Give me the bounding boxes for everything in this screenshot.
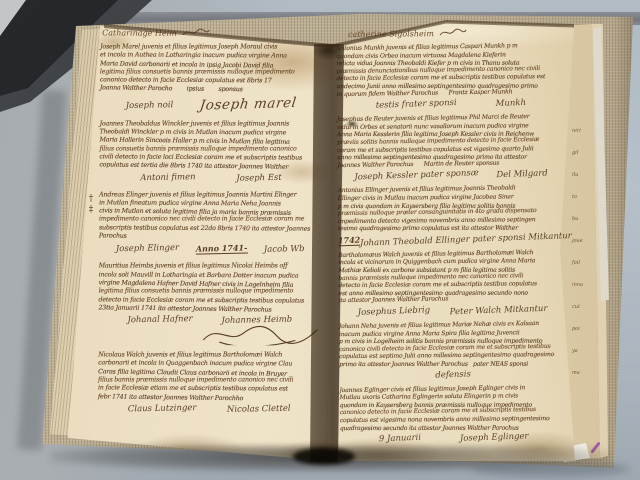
text-fragment: bu: [572, 208, 598, 230]
signature-row: Joseph noilJoseph marel: [100, 95, 323, 112]
handwritten-line: impedimento canonico nec civili detecto …: [99, 216, 322, 224]
register-entry: Andreas Elinger juvenis et filius legiti…: [99, 191, 322, 255]
signature: Johannes Heimb: [222, 315, 293, 326]
signature-row: 1742Johann Theobald Ellinger pater spons…: [338, 233, 566, 246]
register-entry: Bartholomæus Walch juvenis et filius leg…: [338, 250, 567, 317]
register-entry: Johann Neha juvenis et filius legitimus …: [339, 321, 568, 381]
text-fragment: poi: [572, 318, 598, 340]
signature: Peter Walch Mitkantur: [449, 304, 547, 317]
signature: Nicolas Clettel: [227, 404, 291, 415]
signature: defensis: [435, 369, 471, 380]
text-fragment: inna: [572, 274, 598, 296]
signature-row: Josephus LiebrigPeter Walch Mitkantur: [339, 305, 567, 317]
handwritten-line: copulatus est vigesima nona novembris an…: [340, 415, 568, 425]
handwritten-line: Joannes Theobaldus Winckler juvenis et f…: [100, 120, 323, 128]
signature: Johann Theobald Ellinger pater sponsi Mi…: [360, 231, 572, 249]
right-page-entries: Antonius Munkh juvenis et filius legitim…: [336, 43, 568, 444]
signature-row: Joseph ElingerAnno 1741-Jacob Wb: [99, 243, 322, 255]
text-fragment: joue: [572, 230, 598, 252]
register-entry: Nicolaus Walch juvenis et filius legitim…: [98, 351, 321, 414]
handwritten-line: legitima filius consuetis bannis præmiss…: [99, 288, 322, 296]
cross-icon: ‡: [84, 205, 98, 216]
paraph-flourish: [439, 28, 467, 38]
signature: Joseph Est: [236, 172, 282, 183]
signature: Claus Lutzinger: [128, 403, 197, 414]
signature-row: 9 JanuariiJoseph Eglinger: [340, 432, 568, 444]
handwritten-line: Joseph Marel juvenis et filius legitimus…: [100, 43, 323, 51]
text-fragment: cut: [572, 296, 598, 318]
flourish-signature-row: [98, 322, 321, 343]
handwritten-line: quadragesimo secundo ita attestor Joanne…: [340, 424, 568, 432]
text-fragment: ilu: [572, 164, 598, 186]
signature: Joseph Elinger: [116, 243, 179, 254]
signature: Joseph marel: [199, 95, 298, 114]
signature: Del Milgard: [496, 169, 548, 181]
signature: Joseph Eglinger: [460, 432, 529, 444]
handwritten-line: primo ita attestor Joannes Walther Paroc…: [339, 360, 567, 368]
flourish-signature: [201, 323, 321, 346]
register-entry: Antonius Munkh juvenis et filius legitim…: [336, 43, 565, 110]
archival-photo: nirigililutabujouefailinnacutpoiyama Cat…: [0, 0, 640, 480]
left-page-entries: Joseph Marel juvenis et filius legitimus…: [98, 43, 323, 414]
signature: Munkh: [495, 98, 526, 109]
signature: Josephus Liebrig: [358, 305, 431, 318]
signature: Jacob Wb: [264, 244, 305, 255]
register-entry: Joseph Marel juvenis et filius legitimus…: [100, 43, 323, 112]
register-entry: Joannes Eglinger civis et filius legitim…: [339, 384, 568, 444]
handwritten-line: Nicolaus Walch juvenis et filius legitim…: [98, 351, 321, 359]
underlying-page-fragments: nirigililutabujouefailinnacutpoiyama: [572, 120, 598, 384]
signature: testis frater sponsi: [375, 98, 456, 111]
year-marker: Anno 1741-: [196, 243, 248, 255]
text-fragment: ya: [572, 340, 598, 362]
handwritten-line: legitima filius consuetis bannis præmiss…: [100, 68, 323, 76]
signature-row: Joseph Kessler pater sponsæDel Milgard: [337, 169, 565, 181]
handwritten-line: Andreas Elinger juvenis et filius legiti…: [99, 191, 322, 199]
register-entry: Josephus de Reuter juvenis et filius leg…: [337, 114, 566, 181]
signature: Johanal Hafner: [127, 314, 192, 325]
register-entry: Antonius Ellinger juvenis et filius legi…: [338, 185, 567, 246]
text-fragment: ta: [572, 186, 598, 208]
handwritten-line: Mauritius Heimbs juvenis et filius legit…: [99, 263, 322, 271]
text-fragment: gil: [572, 142, 598, 164]
gutter-bottom-shadow: [293, 448, 355, 465]
handwritten-line: filius bannis præmissis nulloque impedim…: [98, 376, 321, 384]
signature-row: defensis: [339, 368, 567, 380]
right-page-text: catherine Sigolsheim Antonius Munkh juve…: [336, 25, 568, 450]
signature-row: Claus LutzingerNicolas Clettel: [98, 403, 321, 414]
handwritten-line: Ellinger civis in Mutlau inacum pudica v…: [338, 193, 566, 203]
signature: Antoni fimen: [140, 172, 195, 183]
register-entry: Joannes Theobaldus Winckler juvenis et f…: [99, 120, 322, 183]
handwritten-line: filius consuetis bannis præmissis nulloq…: [99, 145, 322, 153]
cover-cast-shadow: [470, 462, 630, 476]
signature: Joseph Kessler pater sponsæ: [355, 168, 480, 182]
signature-row: testis frater sponsiMunkh: [337, 98, 565, 110]
register-entry: Mauritius Heimbs juvenis et filius legit…: [98, 263, 321, 344]
signature-row: Antoni fimenJoseph Est: [99, 172, 322, 183]
text-fragment: ma: [572, 362, 598, 384]
cross-icon: †: [84, 194, 98, 205]
signature: 9 Januarii: [379, 433, 421, 444]
left-page-text: Catharinage Heim Joseph Marel juvenis et…: [98, 25, 323, 423]
margin-cross-marks: † ‡: [84, 194, 98, 216]
signature: Joseph noil: [126, 100, 174, 111]
text-fragment: fail: [572, 252, 598, 274]
